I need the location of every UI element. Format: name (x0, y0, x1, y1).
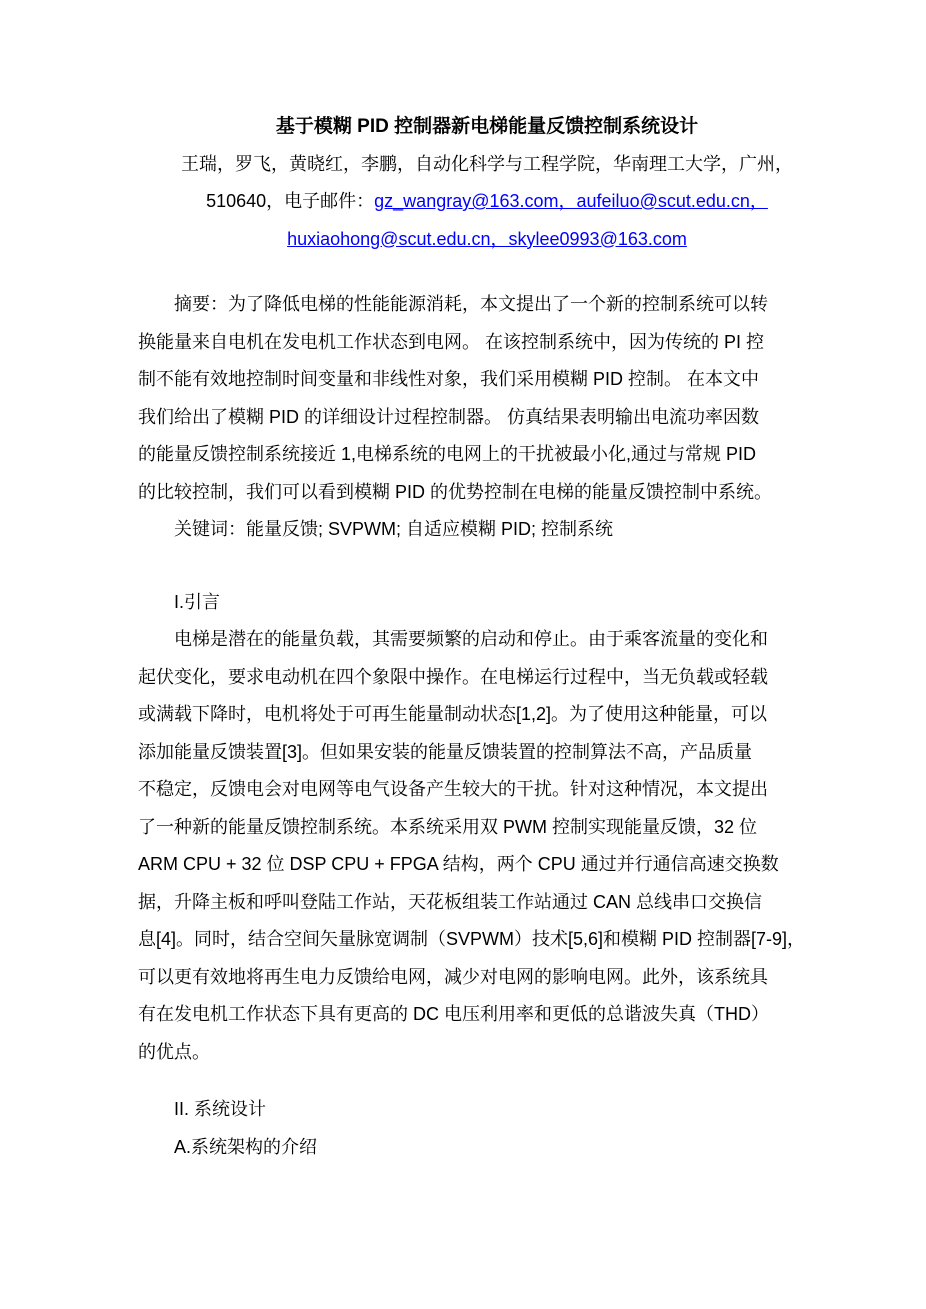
keywords-line: 关键词：能量反馈; SVPWM; 自适应模糊 PID; 控制系统 (138, 511, 836, 549)
paragraph-line: 不稳定，反馈电会对电网等电气设备产生较大的干扰。针对这种情况，本文提出 (138, 771, 836, 809)
email-link-primary[interactable]: gz_wangray@163.com，aufeiluo@scut.edu.cn， (374, 191, 768, 211)
abstract-paragraph: 摘要：为了降低电梯的性能能源消耗，本文提出了一个新的控制系统可以转 换能量来自电… (138, 286, 836, 511)
paragraph-line: 添加能量反馈装置[3]。但如果安装的能量反馈装置的控制算法不高，产品质量 (138, 734, 836, 772)
abstract-line: 我们给出了模糊 PID 的详细设计过程控制器。 仿真结果表明输出电流功率因数 (138, 399, 836, 437)
subsection-heading-architecture: A.系统架构的介绍 (138, 1129, 836, 1167)
paragraph-line: 据，升降主板和呼叫登陆工作站，天花板组装工作站通过 CAN 总线串口交换信 (138, 884, 836, 922)
abstract-intro-gap (138, 549, 836, 584)
paragraph-line: 的优点。 (138, 1034, 836, 1072)
contact-line-2: huxiaohong@scut.edu.cn，skylee0993@163.co… (138, 221, 836, 259)
contact-prefix: 510640，电子邮件： (206, 191, 374, 211)
paragraph-line: 起伏变化，要求电动机在四个象限中操作。在电梯运行过程中，当无负载或轻载 (138, 659, 836, 697)
abstract-line: 的能量反馈控制系统接近 1,电梯系统的电网上的干扰被最小化,通过与常规 PID (138, 436, 836, 474)
paragraph-line: 了一种新的能量反馈控制系统。本系统采用双 PWM 控制实现能量反馈，32 位 (138, 809, 836, 847)
introduction-paragraph: 电梯是潜在的能量负载，其需要频繁的启动和停止。由于乘客流量的变化和 起伏变化，要… (138, 621, 836, 1071)
contact-line: 510640，电子邮件：gz_wangray@163.com，aufeiluo@… (138, 183, 836, 221)
authors-line: 王瑞，罗飞，黄晓红，李鹏，自动化科学与工程学院，华南理工大学，广州， (138, 146, 836, 184)
paragraph-line: 有在发电机工作状态下具有更高的 DC 电压利用率和更低的总谐波失真（THD） (138, 996, 836, 1034)
email-link-secondary[interactable]: huxiaohong@scut.edu.cn，skylee0993@163.co… (287, 229, 687, 249)
abstract-line: 摘要：为了降低电梯的性能能源消耗，本文提出了一个新的控制系统可以转 (138, 286, 836, 324)
abstract-line: 的比较控制，我们可以看到模糊 PID 的优势控制在电梯的能量反馈控制中系统。 (138, 474, 836, 512)
paragraph-line: 息[4]。同时，结合空间矢量脉宽调制（SVPWM）技术[5,6]和模糊 PID … (138, 921, 836, 959)
section-heading-introduction: I.引言 (138, 584, 836, 622)
document-page: 基于模糊 PID 控制器新电梯能量反馈控制系统设计 王瑞，罗飞，黄晓红，李鹏，自… (0, 0, 926, 1309)
paragraph-line: ARM CPU + 32 位 DSP CPU + FPGA 结构，两个 CPU … (138, 846, 836, 884)
intro-design-gap (138, 1071, 836, 1091)
paragraph-line: 或满载下降时，电机将处于可再生能量制动状态[1,2]。为了使用这种能量，可以 (138, 696, 836, 734)
header-abstract-gap (138, 258, 836, 286)
abstract-line: 制不能有效地控制时间变量和非线性对象，我们采用模糊 PID 控制。 在本文中 (138, 361, 836, 399)
paragraph-line: 电梯是潜在的能量负载，其需要频繁的启动和停止。由于乘客流量的变化和 (138, 621, 836, 659)
section-heading-system-design: II. 系统设计 (138, 1091, 836, 1129)
paragraph-line: 可以更有效地将再生电力反馈给电网，减少对电网的影响电网。此外，该系统具 (138, 959, 836, 997)
abstract-line: 换能量来自电机在发电机工作状态到电网。 在该控制系统中，因为传统的 PI 控 (138, 324, 836, 362)
paper-title: 基于模糊 PID 控制器新电梯能量反馈控制系统设计 (138, 108, 836, 146)
